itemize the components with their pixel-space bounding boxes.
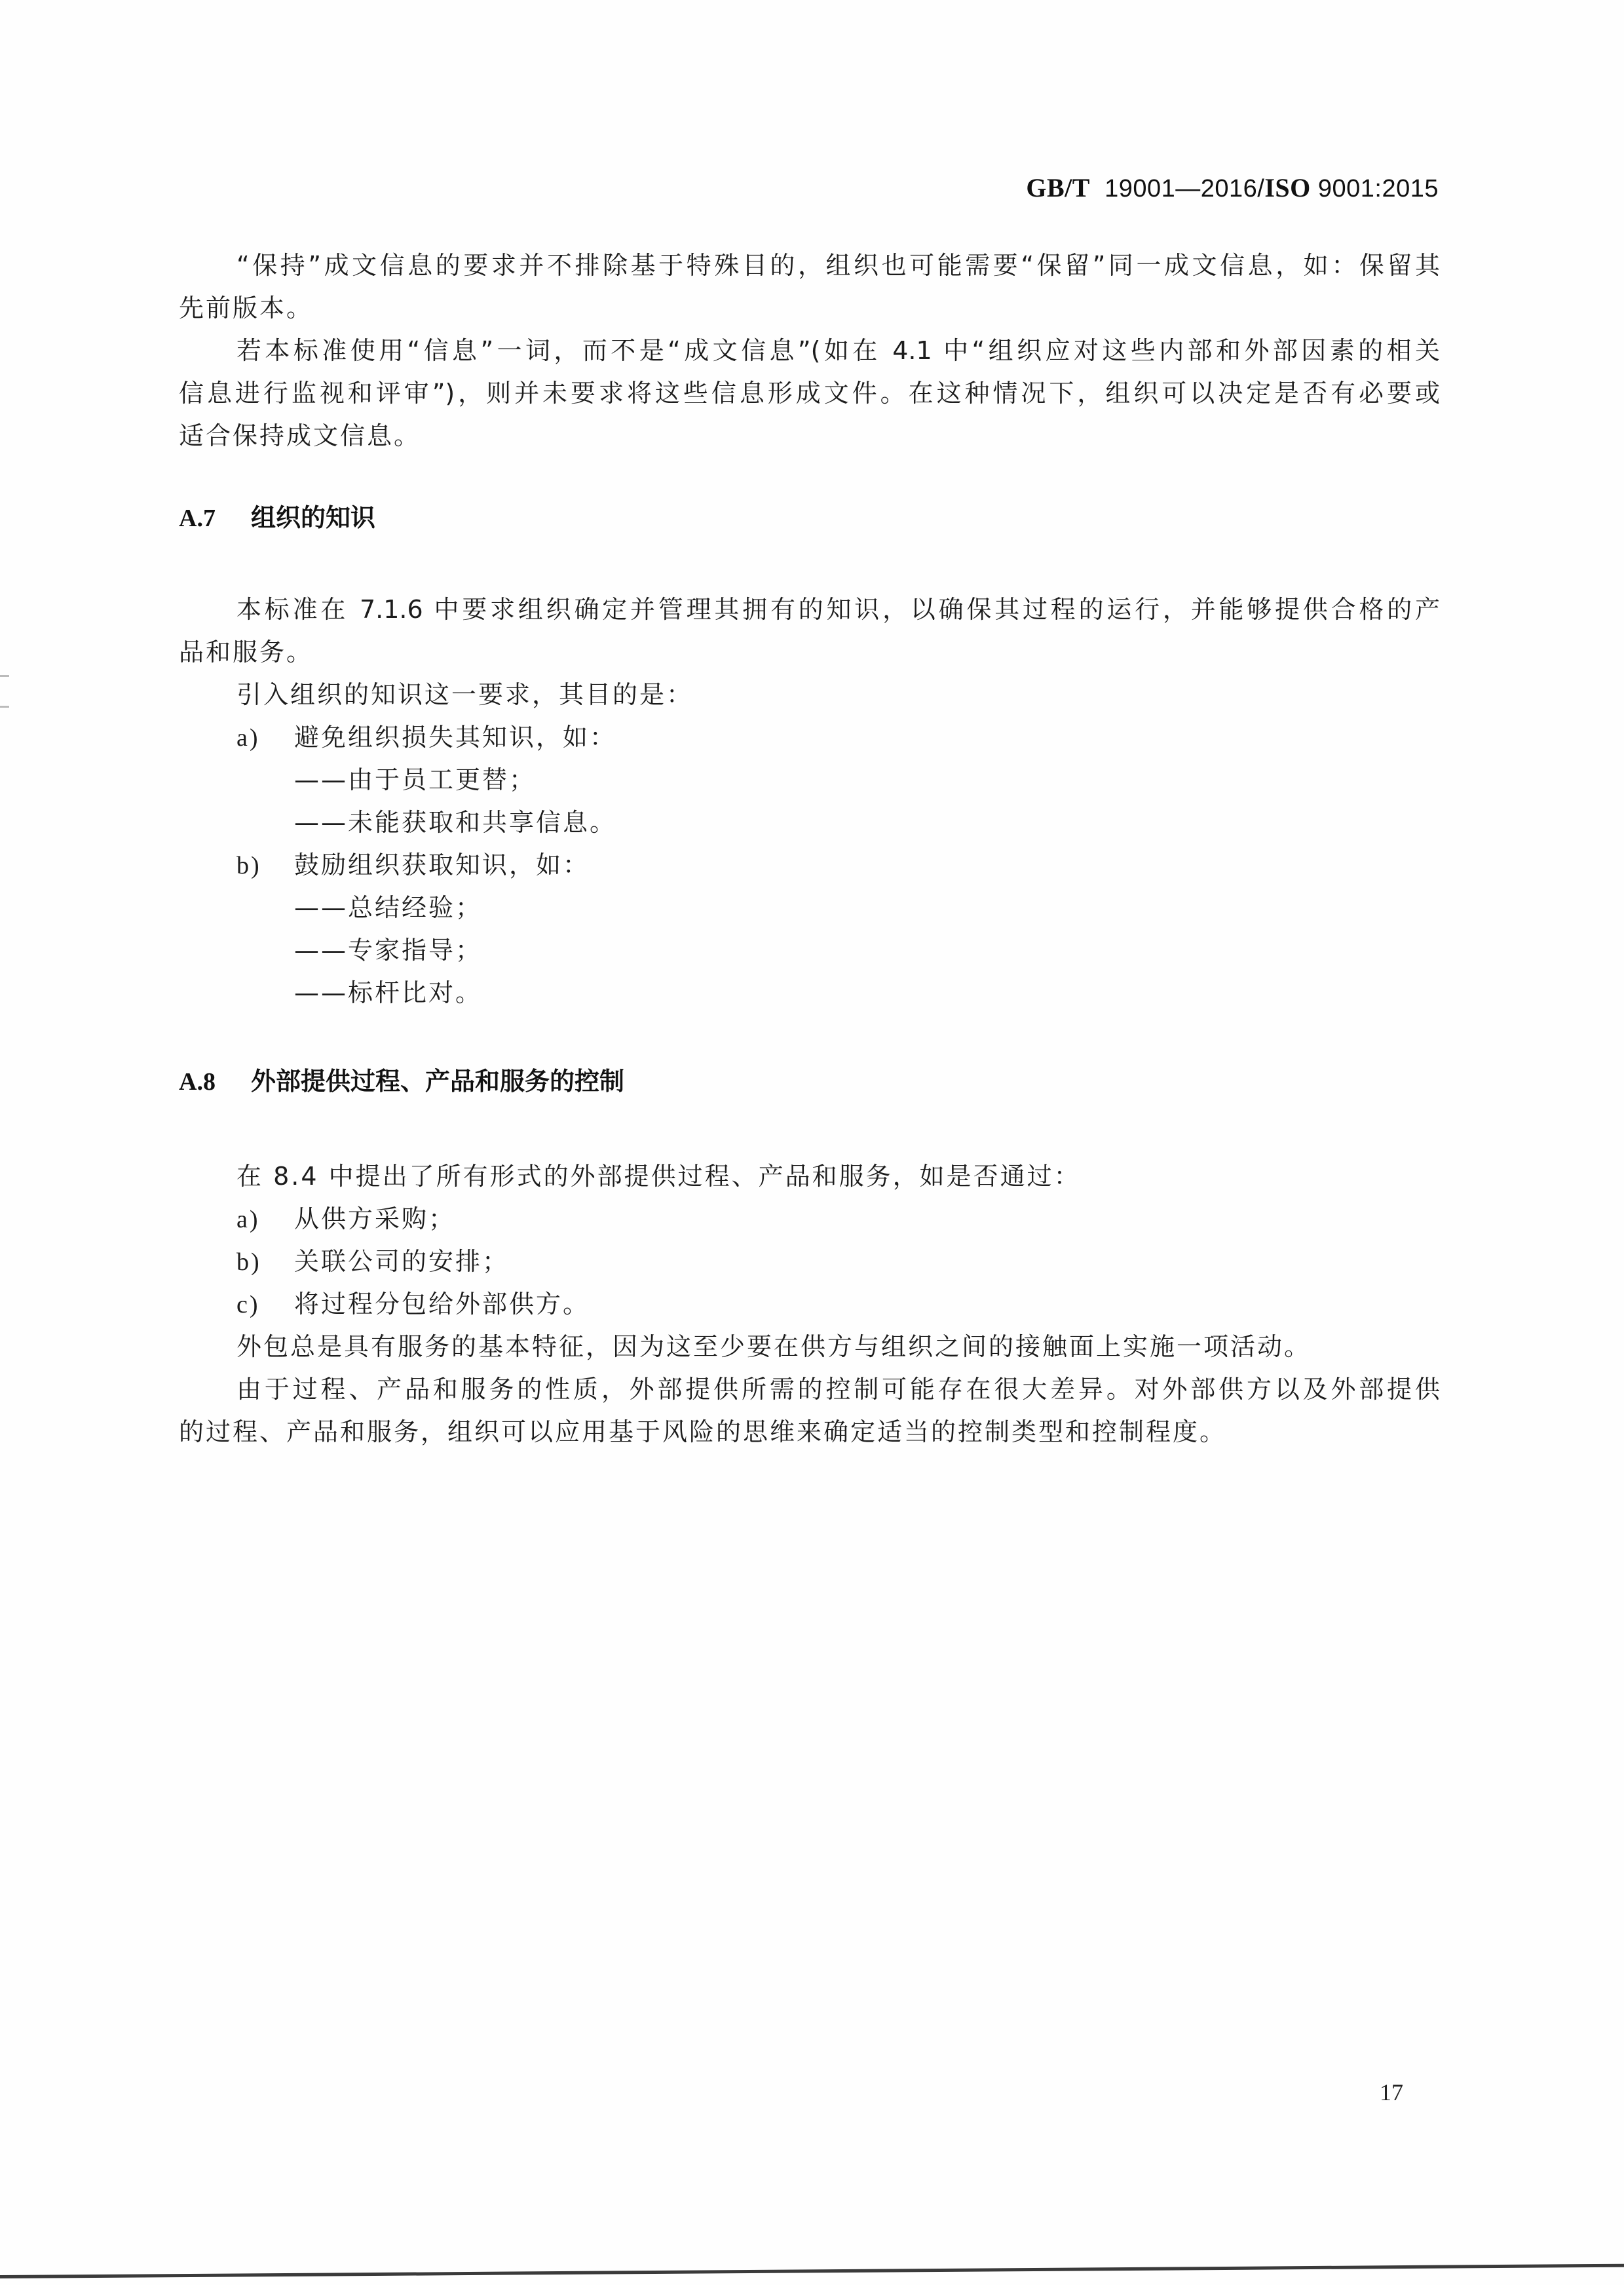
section-number: A.7 bbox=[179, 502, 251, 535]
list-marker: c) bbox=[236, 1288, 294, 1321]
page-number: 17 bbox=[1380, 2079, 1403, 2106]
document-page: GB/T 19001—2016/ISO 9001:2015 “保持”成文信息的要… bbox=[0, 0, 1624, 2285]
sub-list-item: ——由于员工更替； bbox=[294, 763, 1555, 796]
sub-list-item: ——标杆比对。 bbox=[294, 976, 1555, 1009]
list-marker: a) bbox=[236, 1203, 294, 1236]
sub-list-item: ——专家指导； bbox=[294, 934, 1555, 967]
paragraph-line: 本标准在 7.1.6 中要求组织确定并管理其拥有的知识，以确保其过程的运行，并能… bbox=[236, 593, 1440, 626]
paragraph-line: 适合保持成文信息。 bbox=[179, 419, 1440, 452]
scan-artifact bbox=[0, 675, 9, 677]
paragraph-line: 先前版本。 bbox=[179, 292, 1440, 324]
list-item: a)从供方采购； bbox=[236, 1202, 1498, 1235]
sub-list-item: ——未能获取和共享信息。 bbox=[294, 806, 1555, 839]
list-item-text: 鼓励组织获取知识，如： bbox=[294, 851, 590, 879]
list-marker: b) bbox=[236, 849, 294, 882]
section-title: 外部提供过程、产品和服务的控制 bbox=[251, 1067, 624, 1096]
section-heading-a8: A.8外部提供过程、产品和服务的控制 bbox=[179, 1065, 624, 1098]
paragraph-line: 信息进行监视和评审”)，则并未要求将这些信息形成文件。在这种情况下，组织可以决定… bbox=[179, 377, 1440, 410]
iso-prefix: ISO bbox=[1264, 173, 1310, 202]
list-item-text: 关联公司的安排； bbox=[294, 1247, 509, 1276]
list-item: a)避免组织损失其知识，如： bbox=[236, 721, 1498, 754]
list-item: b)鼓励组织获取知识，如： bbox=[236, 849, 1498, 881]
paragraph-line: 在 8.4 中提出了所有形式的外部提供过程、产品和服务，如是否通过： bbox=[236, 1160, 1440, 1193]
page-edge-rule bbox=[0, 2264, 1624, 2278]
list-item: c)将过程分包给外部供方。 bbox=[236, 1288, 1498, 1320]
scan-artifact bbox=[0, 706, 9, 708]
standard-prefix: GB/T bbox=[1026, 173, 1090, 202]
paragraph-line: “保持”成文信息的要求并不排除基于特殊目的，组织也可能需要“保留”同一成文信息，… bbox=[236, 249, 1440, 282]
sub-list-item: ——总结经验； bbox=[294, 891, 1555, 924]
list-marker: a) bbox=[236, 721, 294, 754]
list-marker: b) bbox=[236, 1246, 294, 1278]
list-item: b)关联公司的安排； bbox=[236, 1245, 1498, 1278]
list-item-text: 避免组织损失其知识，如： bbox=[294, 723, 616, 752]
section-title: 组织的知识 bbox=[251, 503, 375, 532]
iso-number: 9001:2015 bbox=[1318, 175, 1439, 202]
list-item-text: 从供方采购； bbox=[294, 1204, 455, 1233]
standard-header: GB/T 19001—2016/ISO 9001:2015 bbox=[1026, 172, 1439, 204]
section-heading-a7: A.7组织的知识 bbox=[179, 501, 375, 535]
paragraph-line: 的过程、产品和服务，组织可以应用基于风险的思维来确定适当的控制类型和控制程度。 bbox=[179, 1415, 1440, 1448]
list-item-text: 将过程分包给外部供方。 bbox=[294, 1290, 590, 1318]
paragraph-line: 品和服务。 bbox=[179, 636, 1440, 668]
paragraph-line: 由于过程、产品和服务的性质，外部提供所需的控制可能存在很大差异。对外部供方以及外… bbox=[236, 1373, 1440, 1406]
paragraph-line: 外包总是具有服务的基本特征，因为这至少要在供方与组织之间的接触面上实施一项活动。 bbox=[236, 1330, 1440, 1363]
paragraph-line: 引入组织的知识这一要求，其目的是： bbox=[236, 678, 1440, 711]
section-number: A.8 bbox=[179, 1066, 251, 1098]
paragraph-line: 若本标准使用“信息”一词，而不是“成文信息”(如在 4.1 中“组织应对这些内部… bbox=[236, 334, 1440, 367]
standard-number: 19001—2016/ bbox=[1105, 175, 1264, 202]
